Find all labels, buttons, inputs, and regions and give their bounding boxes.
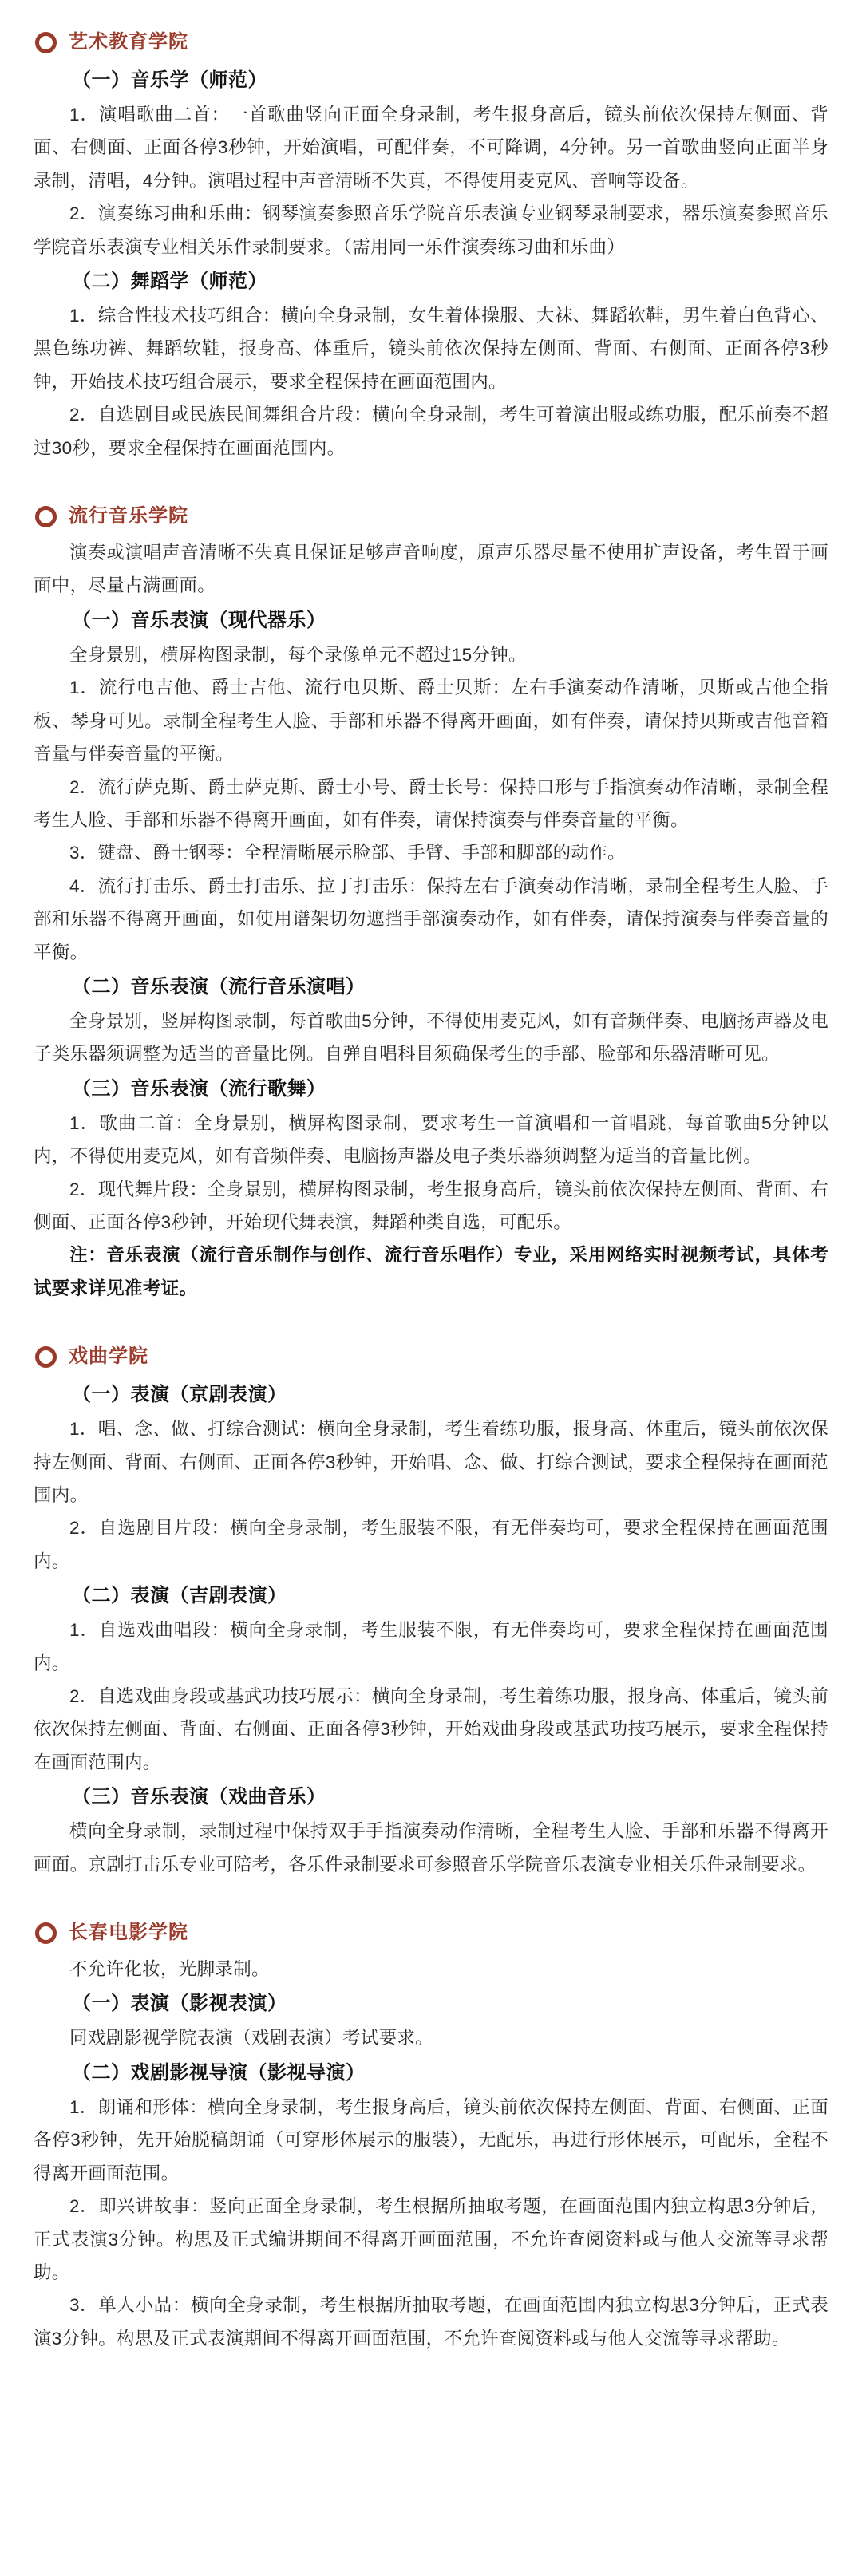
section-title-row: 流行音乐学院: [35, 498, 828, 535]
paragraph: 2．流行萨克斯、爵士萨克斯、爵士小号、爵士长号：保持口形与手指演奏动作清晰，录制…: [34, 771, 828, 837]
paragraph: 1．流行电吉他、爵士吉他、流行电贝斯、爵士贝斯：左右手演奏动作清晰，贝斯或吉他全…: [34, 671, 828, 770]
paragraph: 全身景别，横屏构图录制，每个录像单元不超过15分钟。: [34, 638, 828, 671]
paragraph: 1．综合性技术技巧组合：横向全身录制，女生着体操服、大袜、舞蹈软鞋，男生着白色背…: [34, 299, 828, 398]
paragraph: 1．朗诵和形体：横向全身录制，考生报身高后，镜头前依次保持左侧面、背面、右侧面、…: [34, 2091, 828, 2190]
section-3: 戏曲学院（一）表演（京剧表演）1．唱、念、做、打综合测试：横向全身录制，考生着练…: [34, 1338, 828, 1881]
paragraph: 全身景别，竖屏构图录制，每首歌曲5分钟，不得使用麦克风，如有音频伴奏、电脑扬声器…: [34, 1005, 828, 1071]
note-paragraph: 注：音乐表演（流行音乐制作与创作、流行音乐唱作）专业，采用网络实时视频考试，具体…: [34, 1239, 828, 1305]
subsection-heading: （一）音乐表演（现代器乐）: [34, 603, 828, 638]
section-2: 流行音乐学院演奏或演唱声音清晰不失真且保证足够声音响度，原声乐器尽量不使用扩声设…: [34, 498, 828, 1305]
subsection-heading: （三）音乐表演（流行歌舞）: [34, 1071, 828, 1107]
paragraph: 不允许化妆，光脚录制。: [34, 1953, 828, 1985]
subsection-heading: （二）表演（吉剧表演）: [34, 1578, 828, 1614]
paragraph: 1．唱、念、做、打综合测试：横向全身录制，考生着练功服，报身高、体重后，镜头前依…: [34, 1412, 828, 1511]
section-title-row: 长春电影学院: [35, 1914, 828, 1951]
section-title: 流行音乐学院: [69, 498, 188, 535]
section-4: 长春电影学院不允许化妆，光脚录制。（一）表演（影视表演）同戏剧影视学院表演（戏剧…: [34, 1914, 828, 2355]
subsection-heading: （二）舞蹈学（师范）: [34, 263, 828, 299]
ring-icon: [35, 1346, 57, 1368]
subsection-heading: （二）音乐表演（流行音乐演唱）: [34, 969, 828, 1005]
section-title-row: 艺术教育学院: [35, 24, 828, 61]
paragraph: 演奏或演唱声音清晰不失真且保证足够声音响度，原声乐器尽量不使用扩声设备，考生置于…: [34, 536, 828, 603]
paragraph: 3．单人小品：横向全身录制，考生根据所抽取考题，在画面范围内独立构思3分钟后，正…: [34, 2289, 828, 2355]
paragraph: 1．歌曲二首：全身景别，横屏构图录制，要求考生一首演唱和一首唱跳，每首歌曲5分钟…: [34, 1107, 828, 1173]
paragraph: 2．自选剧目或民族民间舞组合片段：横向全身录制，考生可着演出服或练功服，配乐前奏…: [34, 398, 828, 464]
subsection-heading: （一）表演（京剧表演）: [34, 1377, 828, 1412]
section-title: 戏曲学院: [69, 1338, 148, 1375]
paragraph: 2．自选剧目片段：横向全身录制，考生服装不限，有无伴奏均可，要求全程保持在画面范…: [34, 1511, 828, 1578]
section-title-row: 戏曲学院: [35, 1338, 828, 1375]
paragraph: 横向全身录制，录制过程中保持双手手指演奏动作清晰，全程考生人脸、手部和乐器不得离…: [34, 1815, 828, 1881]
paragraph: 同戏剧影视学院表演（戏剧表演）考试要求。: [34, 2021, 828, 2054]
subsection-heading: （二）戏剧影视导演（影视导演）: [34, 2055, 828, 2091]
paragraph: 2．即兴讲故事：竖向正面全身录制，考生根据所抽取考题，在画面范围内独立构思3分钟…: [34, 2190, 828, 2289]
paragraph: 2．现代舞片段：全身景别，横屏构图录制，考生报身高后，镜头前依次保持左侧面、背面…: [34, 1173, 828, 1239]
paragraph: 4．流行打击乐、爵士打击乐、拉丁打击乐：保持左右手演奏动作清晰，录制全程考生人脸…: [34, 870, 828, 969]
subsection-heading: （三）音乐表演（戏曲音乐）: [34, 1779, 828, 1815]
ring-icon: [35, 32, 57, 53]
ring-icon: [35, 506, 57, 527]
subsection-heading: （一）音乐学（师范）: [34, 62, 828, 98]
ring-icon: [35, 1922, 57, 1944]
paragraph: 2．自选戏曲身段或基武功技巧展示：横向全身录制，考生着练功服，报身高、体重后，镜…: [34, 1680, 828, 1779]
paragraph: 3．键盘、爵士钢琴：全程清晰展示脸部、手臂、手部和脚部的动作。: [34, 836, 828, 869]
section-title: 长春电影学院: [69, 1914, 188, 1951]
section-1: 艺术教育学院（一）音乐学（师范）1．演唱歌曲二首：一首歌曲竖向正面全身录制，考生…: [34, 24, 828, 464]
subsection-heading: （一）表演（影视表演）: [34, 1985, 828, 2021]
paragraph: 1．自选戏曲唱段：横向全身录制，考生服装不限，有无伴奏均可，要求全程保持在画面范…: [34, 1614, 828, 1680]
section-title: 艺术教育学院: [69, 24, 188, 61]
document: 艺术教育学院（一）音乐学（师范）1．演唱歌曲二首：一首歌曲竖向正面全身录制，考生…: [0, 0, 862, 2403]
paragraph: 2．演奏练习曲和乐曲：钢琴演奏参照音乐学院音乐表演专业钢琴录制要求，器乐演奏参照…: [34, 197, 828, 263]
paragraph: 1．演唱歌曲二首：一首歌曲竖向正面全身录制，考生报身高后，镜头前依次保持左侧面、…: [34, 98, 828, 197]
